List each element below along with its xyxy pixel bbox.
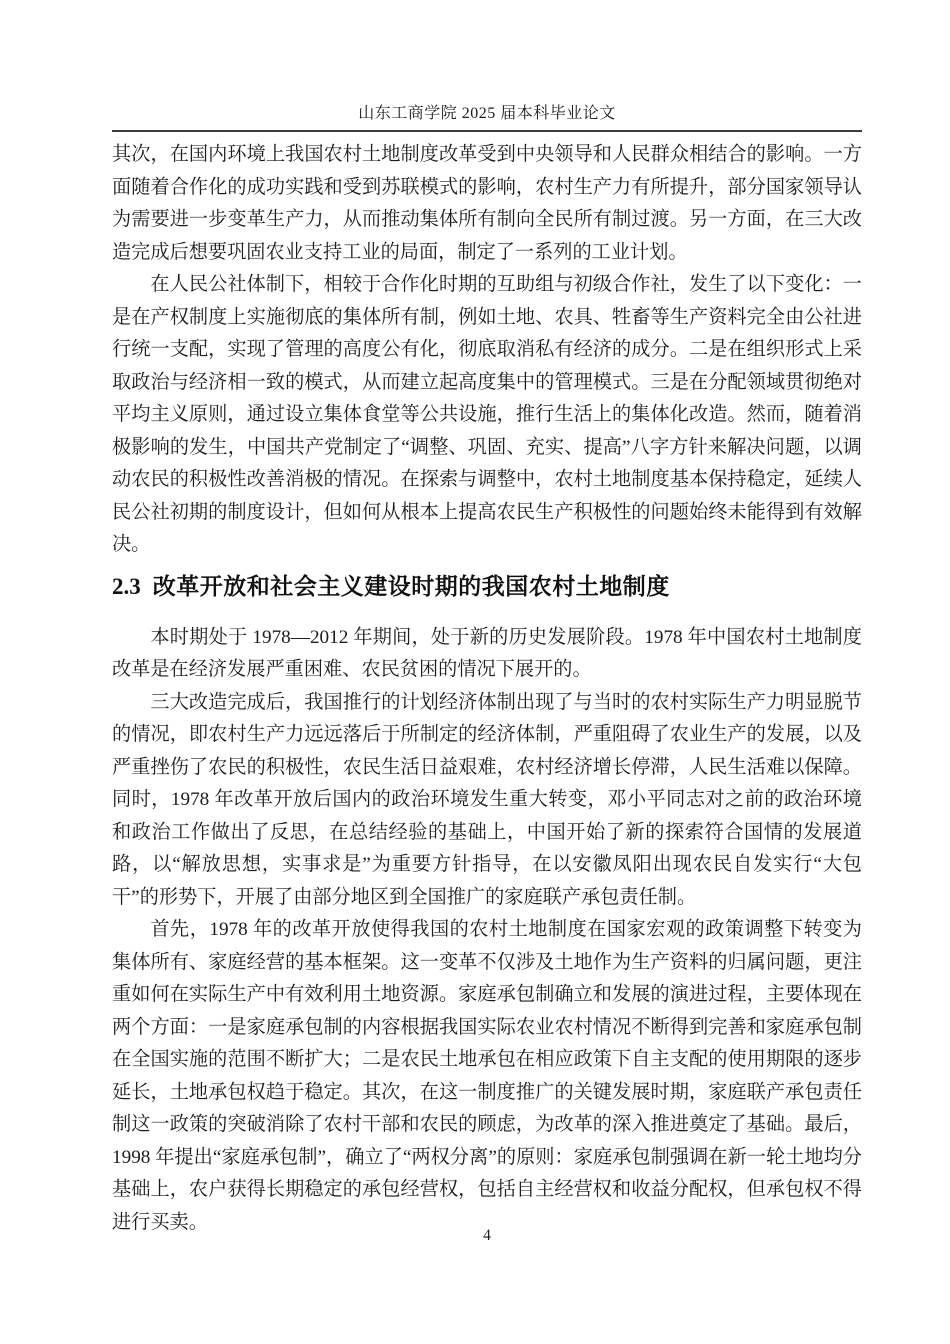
thesis-page: 山东工商学院 2025 届本科毕业论文 其次，在国内环境上我国农村土地制度改革受… [0,0,950,1344]
paragraph-continuation: 其次，在国内环境上我国农村土地制度改革受到中央领导和人民群众相结合的影响。一方面… [112,139,862,269]
section-number: 2.3 [112,574,141,599]
document-body: 其次，在国内环境上我国农村土地制度改革受到中央领导和人民群众相结合的影响。一方面… [112,139,862,1239]
paragraph: 在人民公社体制下，相较于合作化时期的互助组与初级合作社，发生了以下变化：一是在产… [112,269,862,562]
page-number: 4 [483,1227,491,1244]
page-footer: 4 [112,1226,862,1246]
page-header: 山东工商学院 2025 届本科毕业论文 [112,103,862,132]
paragraph: 三大改造完成后，我国推行的计划经济体制出现了与当时的农村实际生产力明显脱节的情况… [112,687,862,915]
header-title: 山东工商学院 2025 届本科毕业论文 [358,105,616,122]
paragraph: 本时期处于 1978—2012 年期间，处于新的历史发展阶段。1978 年中国农… [112,622,862,687]
section-title: 改革开放和社会主义建设时期的我国农村土地制度 [153,573,670,599]
paragraph: 首先，1978 年的改革开放使得我国的农村土地制度在国家宏观的政策调整下转变为集… [112,914,862,1239]
section-heading: 2.3改革开放和社会主义建设时期的我国农村土地制度 [112,569,862,604]
